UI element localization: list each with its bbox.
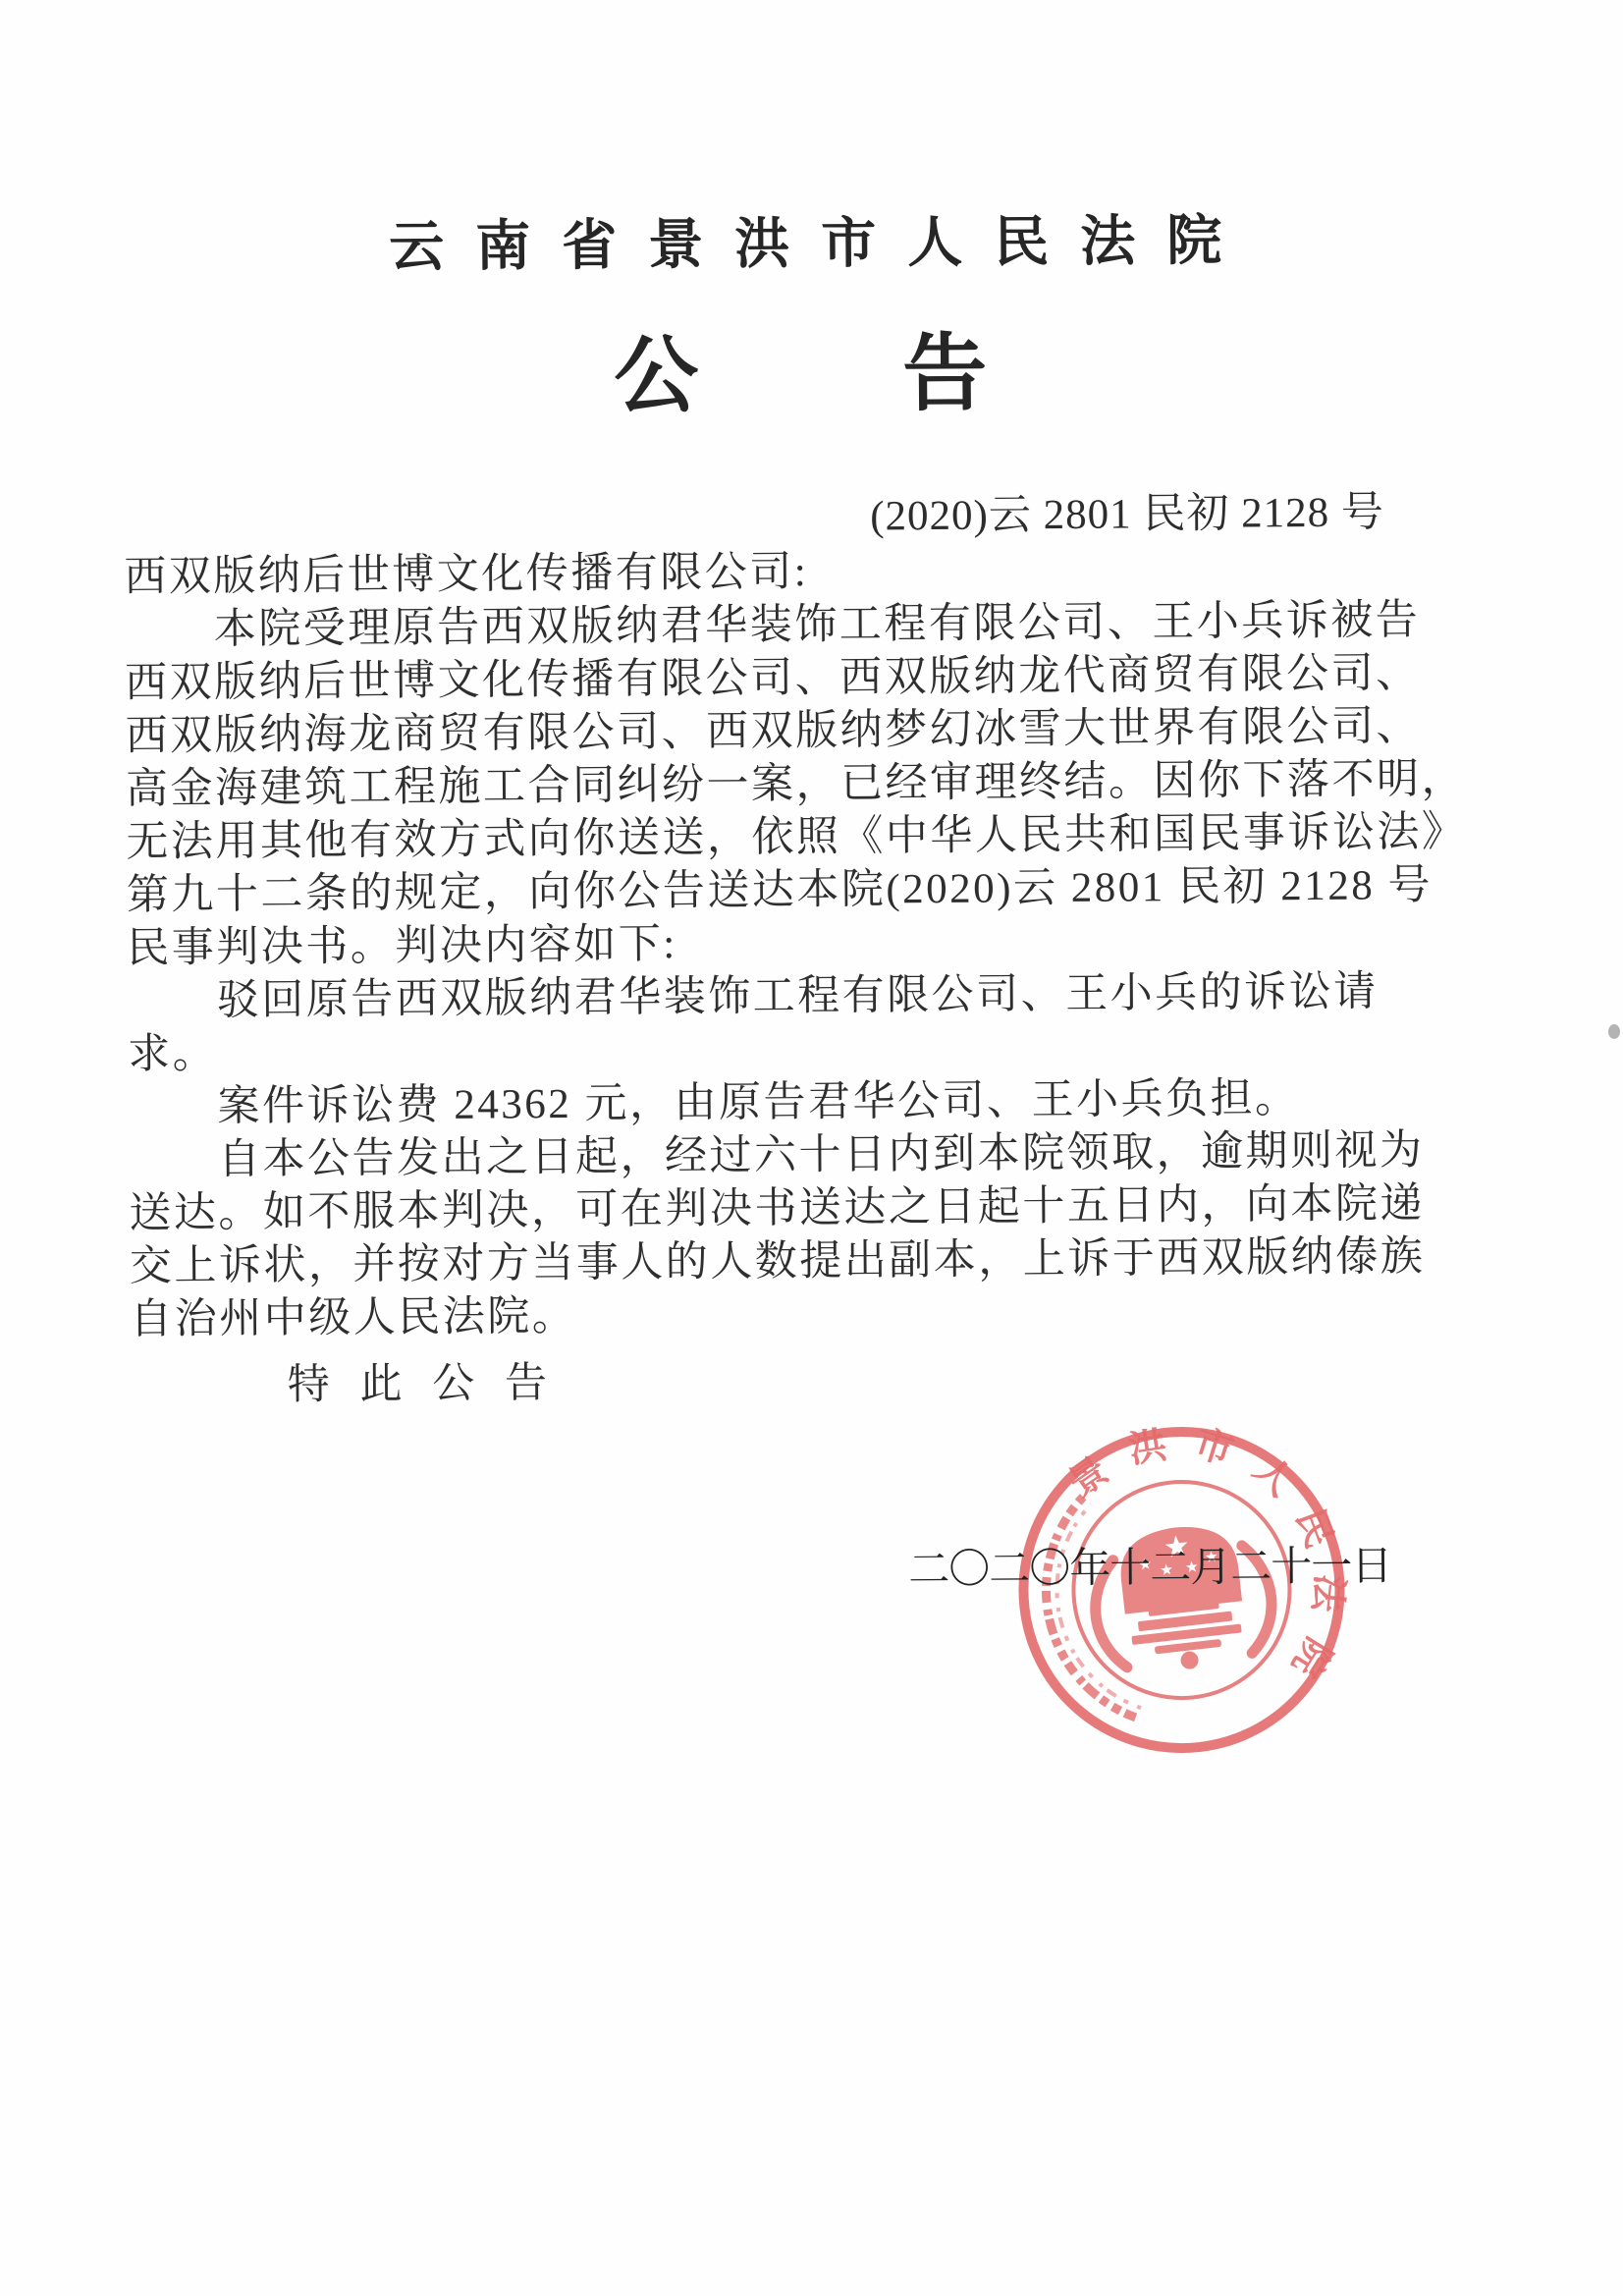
body-line: 驳回原告西双版纳君华装饰工程有限公司、王小兵的诉讼请: [128, 964, 1502, 1028]
announcement-body: 西双版纳后世博文化传播有限公司: 本院受理原告西双版纳君华装饰工程有限公司、王小…: [124, 540, 1505, 1413]
doc-title-gonggao: 公 告: [0, 301, 1618, 435]
body-line: 自治州中级人民法院。: [130, 1283, 1504, 1346]
scan-artifact-dot: [1608, 1024, 1620, 1039]
body-line: 交上诉状，并按对方当事人的人数提出副本，上诉于西双版纳傣族: [130, 1230, 1504, 1293]
scanned-document: 云南省景洪市人民法院 公 告 (2020)云 2801 民初 2128 号 西双…: [0, 0, 1623, 2296]
closing-statement: 特 此 公 告: [131, 1349, 1505, 1413]
court-name-title: 云南省景洪市人民法院: [0, 194, 1617, 286]
case-number: (2020)云 2801 民初 2128 号: [0, 478, 1384, 549]
announcement-page: 云南省景洪市人民法院 公 告 (2020)云 2801 民初 2128 号 西双…: [0, 0, 1623, 2296]
body-line: 第九十二条的规定，向你公告送达本院(2020)云 2801 民初 2128 号: [127, 858, 1501, 922]
issue-date: 二〇二〇年十二月二十一日: [908, 1533, 1391, 1596]
